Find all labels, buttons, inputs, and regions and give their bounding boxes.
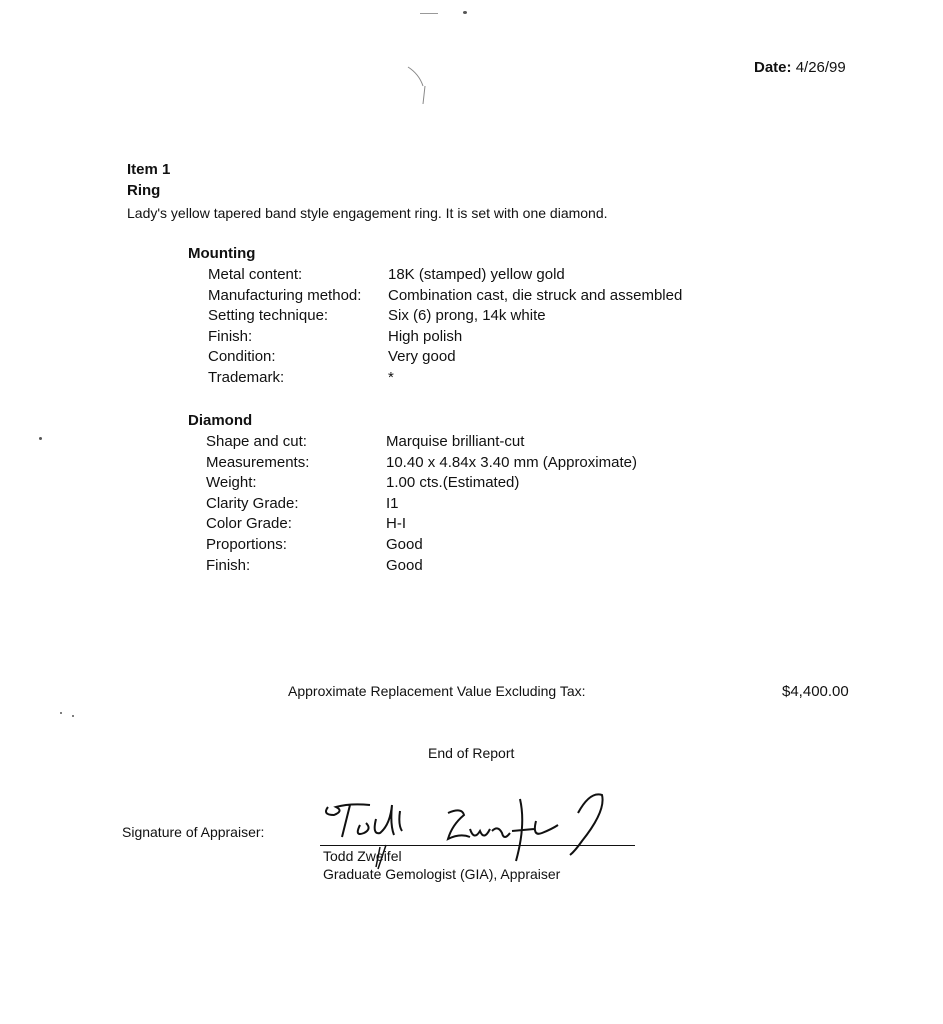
detail-value: 18K (stamped) yellow gold — [388, 266, 565, 283]
valuation-label: Approximate Replacement Value Excluding … — [288, 683, 586, 699]
end-of-report: End of Report — [428, 745, 514, 761]
report-date: Date: 4/26/99 — [754, 59, 846, 76]
detail-label: Finish: — [208, 328, 252, 345]
detail-label: Condition: — [208, 348, 276, 365]
item-description: Lady's yellow tapered band style engagem… — [127, 205, 608, 221]
scan-mark — [463, 11, 467, 14]
detail-value: High polish — [388, 328, 462, 345]
detail-label: Clarity Grade: — [206, 495, 299, 512]
detail-label: Finish: — [206, 557, 250, 574]
appraiser-title: Graduate Gemologist (GIA), Appraiser — [323, 866, 560, 882]
detail-label: Measurements: — [206, 454, 309, 471]
detail-label: Setting technique: — [208, 307, 328, 324]
signature-line — [320, 845, 635, 846]
scan-mark — [405, 64, 435, 109]
detail-label: Metal content: — [208, 266, 302, 283]
scan-mark — [72, 715, 74, 717]
detail-value: Very good — [388, 348, 456, 365]
detail-value: I1 — [386, 495, 399, 512]
scan-mark — [39, 437, 42, 440]
detail-value: H-I — [386, 515, 406, 532]
scan-mark — [60, 712, 62, 714]
detail-value: Good — [386, 536, 423, 553]
signature-label: Signature of Appraiser: — [122, 824, 264, 840]
appraiser-name: Todd Zweifel — [323, 848, 402, 864]
detail-label: Shape and cut: — [206, 433, 307, 450]
item-type: Ring — [127, 182, 160, 199]
detail-value: Good — [386, 557, 423, 574]
diamond-title: Diamond — [188, 412, 252, 429]
scan-mark — [420, 13, 438, 14]
detail-value: Marquise brilliant-cut — [386, 433, 524, 450]
detail-label: Proportions: — [206, 536, 287, 553]
detail-value: * — [388, 369, 394, 386]
detail-value: 1.00 cts.(Estimated) — [386, 474, 519, 491]
item-number: Item 1 — [127, 161, 170, 178]
mounting-title: Mounting — [188, 245, 255, 262]
detail-value: 10.40 x 4.84x 3.40 mm (Approximate) — [386, 454, 637, 471]
detail-value: Six (6) prong, 14k white — [388, 307, 546, 324]
valuation-amount: $4,400.00 — [782, 683, 849, 700]
detail-label: Weight: — [206, 474, 257, 491]
detail-label: Color Grade: — [206, 515, 292, 532]
detail-label: Trademark: — [208, 369, 284, 386]
detail-label: Manufacturing method: — [208, 287, 361, 304]
detail-value: Combination cast, die struck and assembl… — [388, 287, 682, 304]
